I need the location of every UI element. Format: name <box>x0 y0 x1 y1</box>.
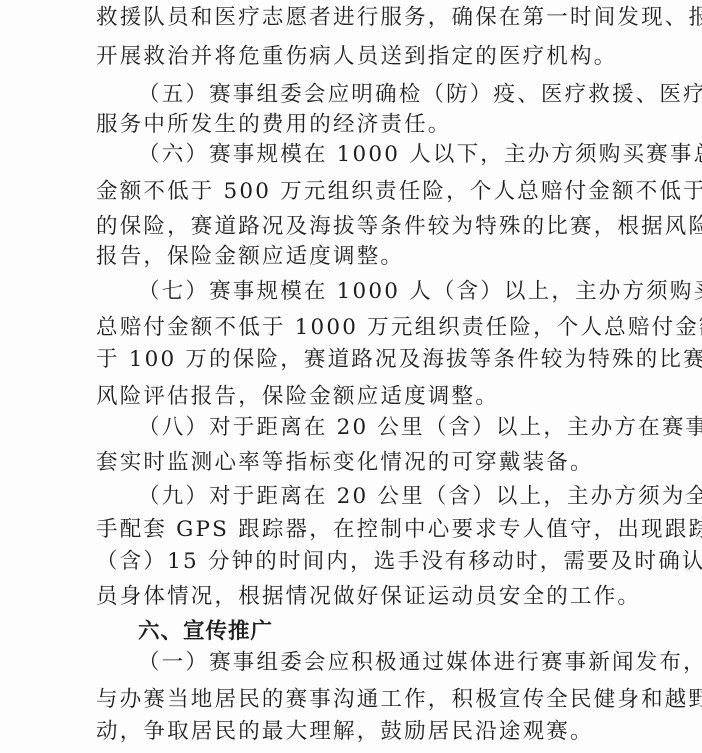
item-5-line: 服务中所发生的费用的经济责任。 <box>96 111 616 139</box>
item-8-line: 套实时监测心率等指标变化情况的可穿戴装备。 <box>96 449 616 477</box>
section6-item-1-line: （一）赛事组委会应积极通过媒体进行赛事新闻发布，做好 <box>138 649 616 677</box>
item-6-line: （六）赛事规模在 1000 人以下，主办方须购买赛事总赔付 <box>138 141 616 169</box>
item-9-line: （九）对于距离在 20 公里（含）以上，主办方须为全部选 <box>138 483 616 511</box>
paragraph-line: 救援队员和医疗志愿者进行服务，确保在第一时间发现、报告并 <box>96 4 616 32</box>
document-page: 救援队员和医疗志愿者进行服务，确保在第一时间发现、报告并 开展救治并将危重伤病人… <box>0 0 702 753</box>
item-8-line: （八）对于距离在 20 公里（含）以上，主办方在赛事中配 <box>138 414 616 442</box>
item-5-line: （五）赛事组委会应明确检（防）疫、医疗救援、医疗救护 <box>138 81 616 109</box>
section6-item-1-line: 动，争取居民的最大理解，鼓励居民沿途观赛。 <box>96 718 616 746</box>
item-7-line: 总赔付金额不低于 1000 万元组织责任险，个人总赔付金额不低 <box>96 314 616 342</box>
section-heading: 六、宣传推广 <box>138 618 616 646</box>
item-9-line: （含）15 分钟的时间内，选手没有移动时，需要及时确认运动 <box>96 548 616 576</box>
item-7-line: （七）赛事规模在 1000 人（含）以上，主办方须购买赛事 <box>138 278 616 306</box>
item-9-line: 员身体情况，根据情况做好保证运动员安全的工作。 <box>96 583 616 611</box>
item-7-line: 风险评估报告，保险金额应适度调整。 <box>96 383 616 411</box>
item-9-line: 手配套 GPS 跟踪器，在控制中心要求专人值守，出现跟踪器在 <box>96 516 616 544</box>
paragraph-line: 开展救治并将危重伤病人员送到指定的医疗机构。 <box>96 43 616 71</box>
item-6-line: 的保险，赛道路况及海拔等条件较为特殊的比赛，根据风险评估 <box>96 213 616 241</box>
item-6-line: 金额不低于 500 万元组织责任险，个人总赔付金额不低于 100 万 <box>96 178 616 206</box>
section6-item-1-line: 与办赛当地居民的赛事沟通工作，积极宣传全民健身和越野跑运 <box>96 686 616 714</box>
item-7-line: 于 100 万的保险，赛道路况及海拔等条件较为特殊的比赛，根据 <box>96 346 616 374</box>
item-6-line: 报告，保险金额应适度调整。 <box>96 243 616 271</box>
